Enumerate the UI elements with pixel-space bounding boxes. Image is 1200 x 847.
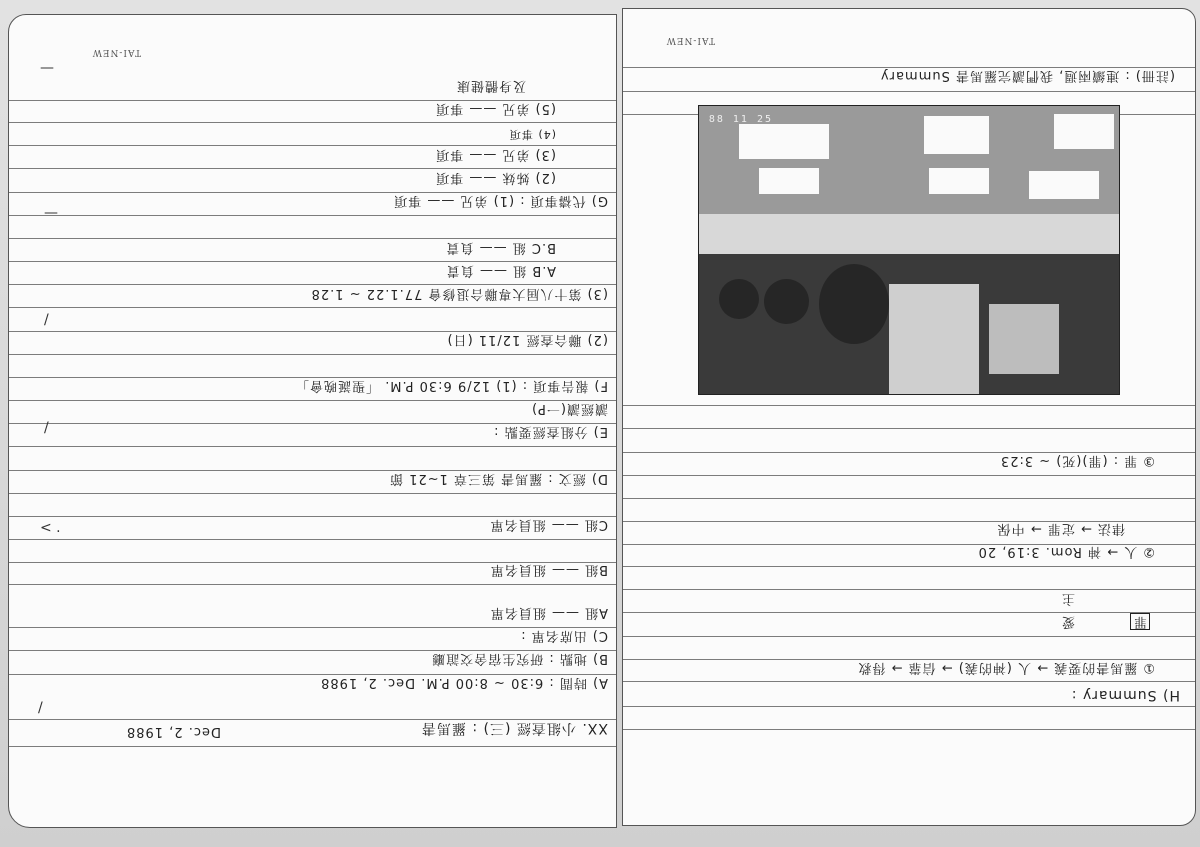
brand-mark: TAI-NEW bbox=[666, 35, 715, 45]
margin-mark: / bbox=[44, 312, 49, 328]
margin-mark: / bbox=[38, 700, 43, 716]
left-line: B.C 組 —— 負責 bbox=[445, 240, 556, 259]
summary-line: ③ 罪 : (罪)(死) ~ 3:23 bbox=[1000, 453, 1155, 472]
margin-mark: < . bbox=[40, 520, 61, 536]
left-line: A.B 組 —— 負責 bbox=[446, 263, 556, 282]
left-line: E) 分組查經要點 : bbox=[493, 424, 608, 443]
left-line: C) 出席名單 : bbox=[520, 628, 608, 647]
left-line: (4) 事項 bbox=[509, 127, 556, 143]
summary-line: ① 羅馬書的要義 → 人 (神的義) → 信靠 → 得救 bbox=[857, 660, 1155, 679]
summary-line: 愛 bbox=[1061, 614, 1075, 633]
photo: 88 11 25 bbox=[698, 105, 1120, 395]
margin-mark: — bbox=[44, 205, 58, 221]
left-line: B) 地點 : 研究生宿舍交誼廳 bbox=[431, 651, 608, 670]
left-line: (2) 姊妹 —— 事項 bbox=[435, 170, 556, 189]
margin-mark: / bbox=[44, 420, 49, 436]
brand-mark: TAI-NEW bbox=[92, 47, 141, 57]
left-line: C組 —— 組員名單 bbox=[490, 517, 608, 536]
summary-boxed-char: 罪 bbox=[1130, 613, 1150, 630]
left-line: A) 時間 : 6:30 ~ 8:00 P.M. Dec. 2, 1988 bbox=[320, 675, 608, 694]
left-page: XX. 小組查經 (三) : 羅馬書 Dec. 2, 1988 A) 時間 : … bbox=[8, 14, 617, 828]
left-line: (3) 第十八屆大專聯合退修會 77.1.22 ~ 1.28 bbox=[311, 286, 608, 305]
notebook-spread: XX. 小組查經 (三) : 羅馬書 Dec. 2, 1988 A) 時間 : … bbox=[0, 0, 1200, 847]
summary-line: ② 人 → 神 Rom. 3:19, 20 bbox=[978, 544, 1155, 563]
left-line: A組 —— 組員名單 bbox=[490, 605, 608, 624]
left-line: 及身體健康 bbox=[456, 78, 526, 97]
summary-heading: H) Summary : bbox=[1071, 687, 1180, 703]
left-line: B組 —— 組員名單 bbox=[490, 562, 608, 581]
photo-date-stamp: 88 11 25 bbox=[709, 114, 773, 125]
left-line: F) 報告事項 : (1) 12/9 6:30 P.M. 「聖誕晚會」 bbox=[295, 378, 608, 397]
left-line: D) 經文 : 羅馬書 第三章 1~21 節 bbox=[389, 471, 608, 490]
left-line: (2) 聯合查經 12/11 (日) bbox=[447, 332, 608, 351]
top-note: (註冊) : 連續兩週, 我們讀完羅馬書 Summary bbox=[880, 68, 1175, 87]
left-line: (3) 弟兄 —— 事項 bbox=[435, 147, 556, 166]
summary-line: 罪 bbox=[1130, 614, 1150, 633]
left-heading: XX. 小組查經 (三) : 羅馬書 bbox=[421, 719, 608, 739]
summary-line: 律法 → 定罪 → 中保 bbox=[997, 521, 1125, 540]
left-page-content: XX. 小組查經 (三) : 羅馬書 Dec. 2, 1988 A) 時間 : … bbox=[9, 15, 616, 827]
left-line: 讀經讀(一P) bbox=[531, 401, 608, 420]
left-line: G) 代禱事項 : (1) 弟兄 —— 事項 bbox=[393, 193, 608, 212]
right-page: H) Summary : ① 羅馬書的要義 → 人 (神的義) → 信靠 → 得… bbox=[622, 8, 1196, 826]
right-page-content: H) Summary : ① 羅馬書的要義 → 人 (神的義) → 信靠 → 得… bbox=[623, 9, 1195, 825]
margin-mark: — bbox=[40, 60, 54, 76]
left-heading-date: Dec. 2, 1988 bbox=[126, 724, 221, 739]
left-line: (5) 弟兄 —— 事項 bbox=[435, 101, 556, 120]
summary-line: 主 bbox=[1061, 591, 1075, 610]
